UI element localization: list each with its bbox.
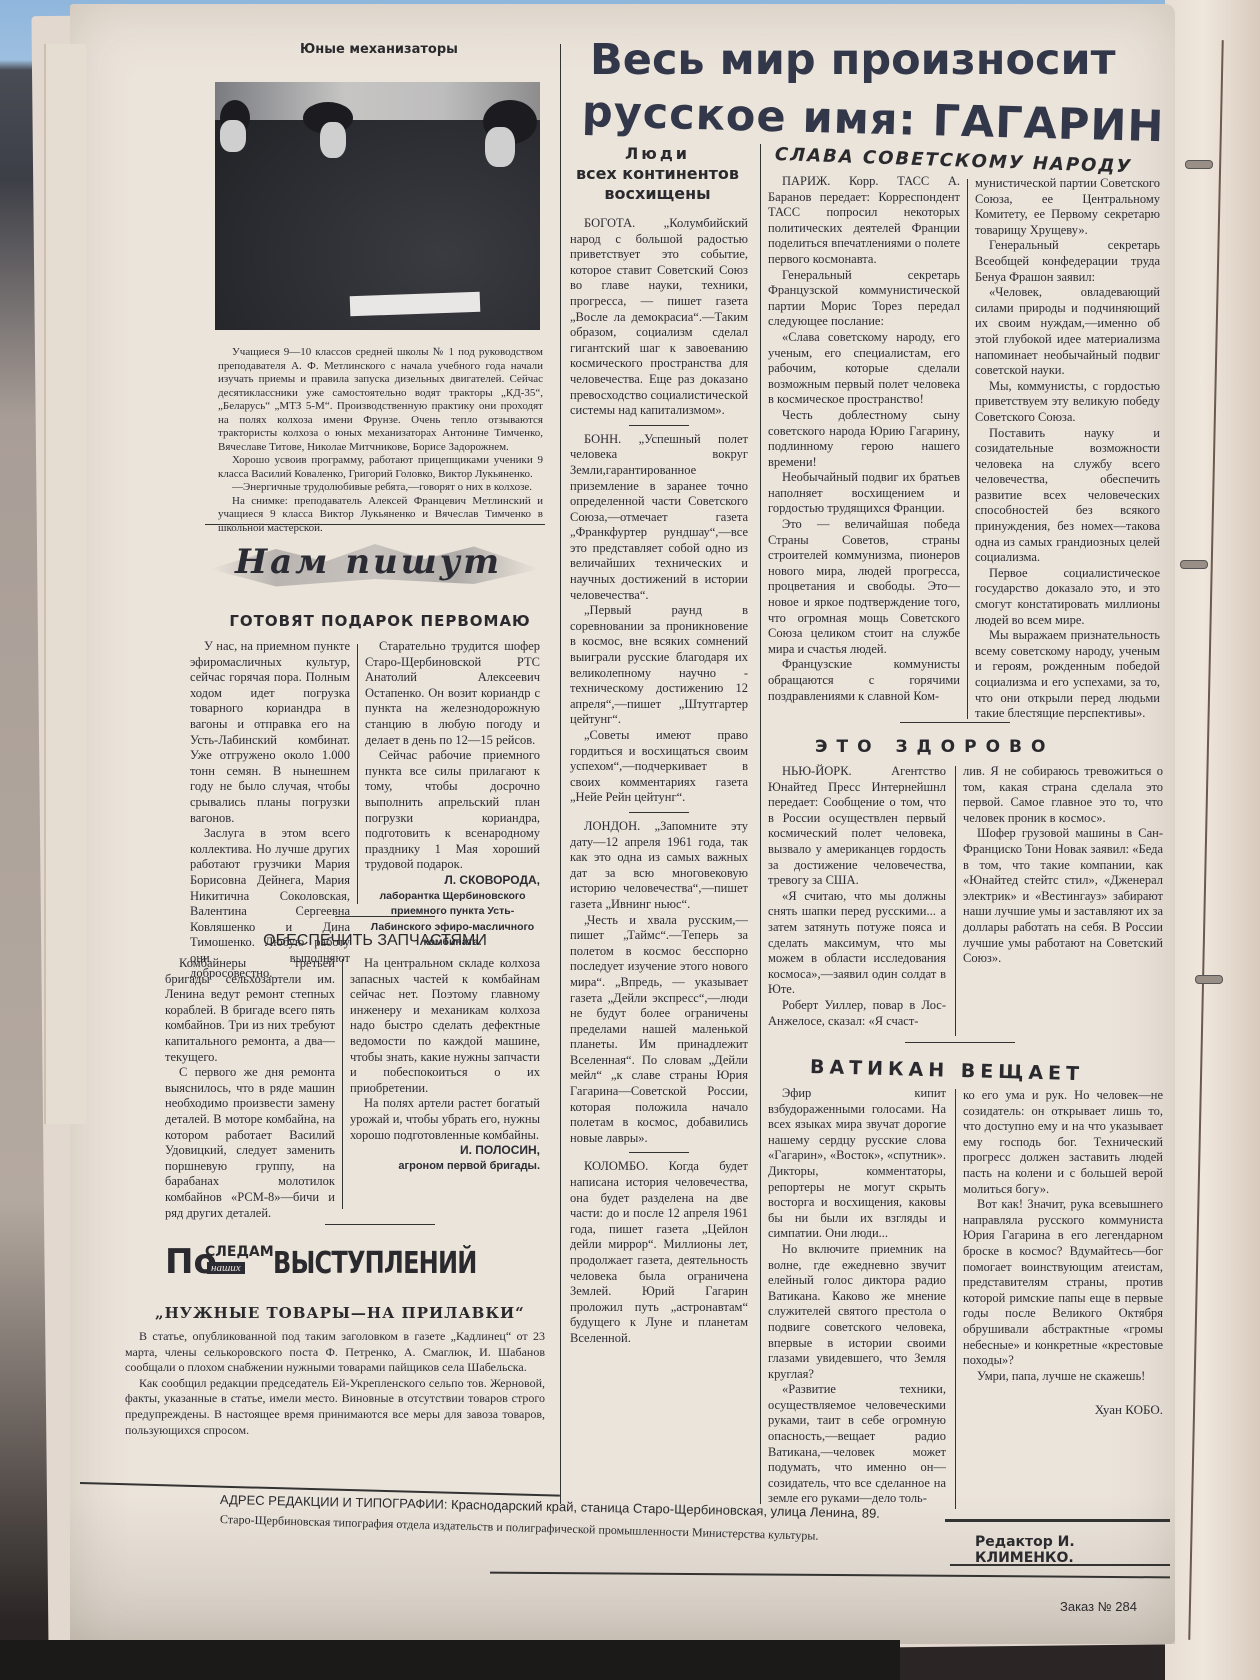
news-photo bbox=[215, 82, 540, 330]
letters-heading: ГОТОВЯТ ПОДАРОК ПЕРВОМАЮ bbox=[220, 612, 540, 630]
byline-role: агроном первой бригады. bbox=[350, 1159, 540, 1175]
paragraph: лив. Я не собираюсь тревожиться о том, к… bbox=[963, 764, 1163, 826]
banner-word: СЛЕДАМ bbox=[205, 1244, 274, 1260]
paragraph: На полях артели растет богатый урожай и,… bbox=[350, 1096, 540, 1143]
glory-col1: ПАРИЖ. Корр. ТАСС А. Баранов передает: К… bbox=[768, 174, 960, 704]
letters-col2: Старательно трудится шофер Старо-Щербино… bbox=[365, 639, 540, 951]
page-shadow bbox=[70, 1494, 1175, 1644]
paragraph: Генеральный секретарь Всеобщей конфедера… bbox=[975, 238, 1160, 285]
paragraph: „Советы имеют право гордиться и восхищат… bbox=[570, 728, 748, 806]
vatican-heading: ВАТИКАН ВЕЩАЕТ bbox=[810, 1056, 1085, 1085]
newspaper-page: Юные механизаторы Учащиеся 9—10 классов … bbox=[70, 4, 1175, 1644]
letters-banner: Нам пишут bbox=[235, 542, 502, 582]
paragraph: „Честь и хвала русским,—пишет „Таймс“.—Т… bbox=[570, 913, 748, 1147]
column-rule bbox=[760, 144, 761, 1504]
column-rule bbox=[967, 179, 968, 719]
vatican-col2: ко его ума и рук. Но человек—не созидате… bbox=[963, 1088, 1163, 1418]
healthy-heading: ЭТО ЗДОРОВО bbox=[815, 737, 1054, 757]
dispatch-bogota: БОГОТА. „Колумбийский народ с большой ра… bbox=[570, 216, 748, 419]
followup-text: В статье, опубликованной под таким загол… bbox=[125, 1329, 545, 1438]
binding-stitch bbox=[1195, 975, 1223, 984]
paragraph: Необычайный подвиг их братьев наполняет … bbox=[768, 470, 960, 517]
parts-col1: Комбайнеры третьей бригады сельхозартели… bbox=[165, 956, 335, 1221]
torn-edge bbox=[44, 44, 86, 1124]
paragraph: мунистической партии Советского Союза, е… bbox=[975, 176, 1160, 238]
paragraph: У нас, на приемном пункте эфиромасличных… bbox=[190, 639, 350, 826]
paragraph: НЬЮ-ЙОРК. Агентство Юнайтед Пресс Интерн… bbox=[768, 764, 946, 889]
healthy-col2: лив. Я не собираюсь тревожиться о том, к… bbox=[963, 764, 1163, 967]
paragraph: Первое социалистическое государство дока… bbox=[975, 566, 1160, 628]
parts-col2: На центральном складе колхоза запасных ч… bbox=[350, 956, 540, 1174]
column-rule bbox=[357, 644, 358, 904]
paragraph: „Первый раунд в соревновании за проникно… bbox=[570, 603, 748, 728]
banner-word: ВЫСТУПЛЕНИЙ bbox=[273, 1246, 477, 1281]
people-heading: Люди всех континентов восхищены bbox=[570, 144, 745, 204]
paragraph: Мы выражаем признательность всему советс… bbox=[975, 628, 1160, 722]
caption-text: Хорошо усвоив программу, работают прицеп… bbox=[218, 454, 543, 481]
paragraph: ко его ума и рук. Но человек—не созидате… bbox=[963, 1088, 1163, 1197]
heading-line: всех континентов bbox=[570, 164, 745, 184]
paragraph: На центральном складе колхоза запасных ч… bbox=[350, 956, 540, 1096]
followup-heading: „НУЖНЫЕ ТОВАРЫ—НА ПРИЛАВКИ“ bbox=[155, 1304, 525, 1322]
binding-stitch bbox=[1180, 560, 1208, 569]
paragraph: Роберт Уиллер, повар в Лос-Анжелосе, ска… bbox=[768, 998, 946, 1029]
paragraph: Шофер грузовой машины в Сан-Франциско То… bbox=[963, 826, 1163, 966]
byline: Хуан КОБО. bbox=[963, 1402, 1163, 1418]
heading-line: Люди bbox=[570, 144, 745, 164]
parts-heading: ОБЕСПЕЧИТЬ ЗАПЧАСТЯМИ bbox=[215, 932, 535, 950]
dispatch-bonn: БОНН. „Успешный полет человека вокруг Зе… bbox=[570, 432, 748, 604]
paragraph: Честь доблестному сыну советского народа… bbox=[768, 408, 960, 470]
caption-text: —Энергичные трудолюбивые ребята,—говорят… bbox=[218, 481, 543, 495]
divider bbox=[335, 916, 435, 917]
paragraph: «Человек, овладевающий силами природы и … bbox=[975, 285, 1160, 379]
heading-line: восхищены bbox=[570, 184, 745, 204]
followup-banner: По СЛЕДАМ наших ВЫСТУПЛЕНИЙ bbox=[165, 1242, 495, 1292]
paragraph: Но включите приемник на волне, где ежедн… bbox=[768, 1242, 946, 1382]
dispatch-colombo: КОЛОМБО. Когда будет написана история че… bbox=[570, 1159, 748, 1346]
letters-col1: У нас, на приемном пункте эфиромасличных… bbox=[190, 639, 350, 982]
paragraph: Как сообщил редакции председатель Ей-Укр… bbox=[125, 1376, 545, 1438]
paragraph: Умри, папа, лучше не скажешь! bbox=[963, 1369, 1163, 1385]
paragraph: Французские коммунисты обращаются с горя… bbox=[768, 657, 960, 704]
paragraph: «Слава советскому народу, его ученым, ег… bbox=[768, 330, 960, 408]
photo-note: На снимке: преподаватель Алексей Францев… bbox=[218, 495, 543, 536]
paragraph: «Развитие техники, осуществляемое челове… bbox=[768, 1382, 946, 1507]
paragraph: Это — величайшая победа Страны Советов, … bbox=[768, 517, 960, 657]
divider bbox=[205, 524, 545, 525]
paragraph: Сейчас рабочие приемного пункта все силы… bbox=[365, 748, 540, 873]
vatican-col1: Эфир кипит взбудораженными голосами. На … bbox=[768, 1086, 946, 1507]
dispatch-london: ЛОНДОН. „Запомните эту дату—12 апреля 19… bbox=[570, 819, 748, 913]
paragraph: Генеральный секретарь Французской коммун… bbox=[768, 268, 960, 330]
binding-stitch bbox=[1185, 160, 1213, 169]
paragraph: Поставить науку и созидательные возможно… bbox=[975, 426, 1160, 566]
table-edge bbox=[0, 1640, 900, 1680]
main-headline-line1: Весь мир произносит bbox=[590, 34, 1116, 86]
divider bbox=[325, 1224, 435, 1225]
column-rule bbox=[342, 959, 343, 1209]
byline: Л. СКОВОРОДА, bbox=[365, 873, 540, 889]
byline: И. ПОЛОСИН, bbox=[350, 1143, 540, 1159]
people-column: БОГОТА. „Колумбийский народ с большой ра… bbox=[570, 216, 748, 1347]
binding-spine bbox=[1165, 0, 1260, 1680]
banner-word: наших bbox=[207, 1262, 245, 1274]
healthy-col1: НЬЮ-ЙОРК. Агентство Юнайтед Пресс Интерн… bbox=[768, 764, 946, 1029]
paragraph: С первого же дня ремонта выяснилось, что… bbox=[165, 1065, 335, 1221]
column-rule bbox=[955, 766, 956, 1036]
caption-text: Учащиеся 9—10 классов средней школы № 1 … bbox=[218, 346, 543, 454]
divider bbox=[905, 1042, 1015, 1043]
paragraph: Мы, коммунисты, с гордостью приветствуем… bbox=[975, 379, 1160, 426]
paragraph: Комбайнеры третьей бригады сельхозартели… bbox=[165, 956, 335, 1065]
paragraph: В статье, опубликованной под таким загол… bbox=[125, 1329, 545, 1376]
main-column-rule bbox=[560, 44, 561, 1504]
paragraph: Старательно трудится шофер Старо-Щербино… bbox=[365, 639, 540, 748]
photo-caption: Учащиеся 9—10 классов средней школы № 1 … bbox=[218, 346, 543, 535]
photo-title: Юные механизаторы bbox=[300, 42, 458, 57]
paragraph: Вот как! Значит, рука всевышнего направл… bbox=[963, 1197, 1163, 1369]
divider bbox=[900, 722, 1010, 723]
paragraph: ПАРИЖ. Корр. ТАСС А. Баранов передает: К… bbox=[768, 174, 960, 268]
paragraph: Эфир кипит взбудораженными голосами. На … bbox=[768, 1086, 946, 1242]
glory-col2: мунистической партии Советского Союза, е… bbox=[975, 176, 1160, 722]
column-rule bbox=[955, 1089, 956, 1509]
paragraph: «Я считаю, что мы должны снять шапки пер… bbox=[768, 889, 946, 998]
